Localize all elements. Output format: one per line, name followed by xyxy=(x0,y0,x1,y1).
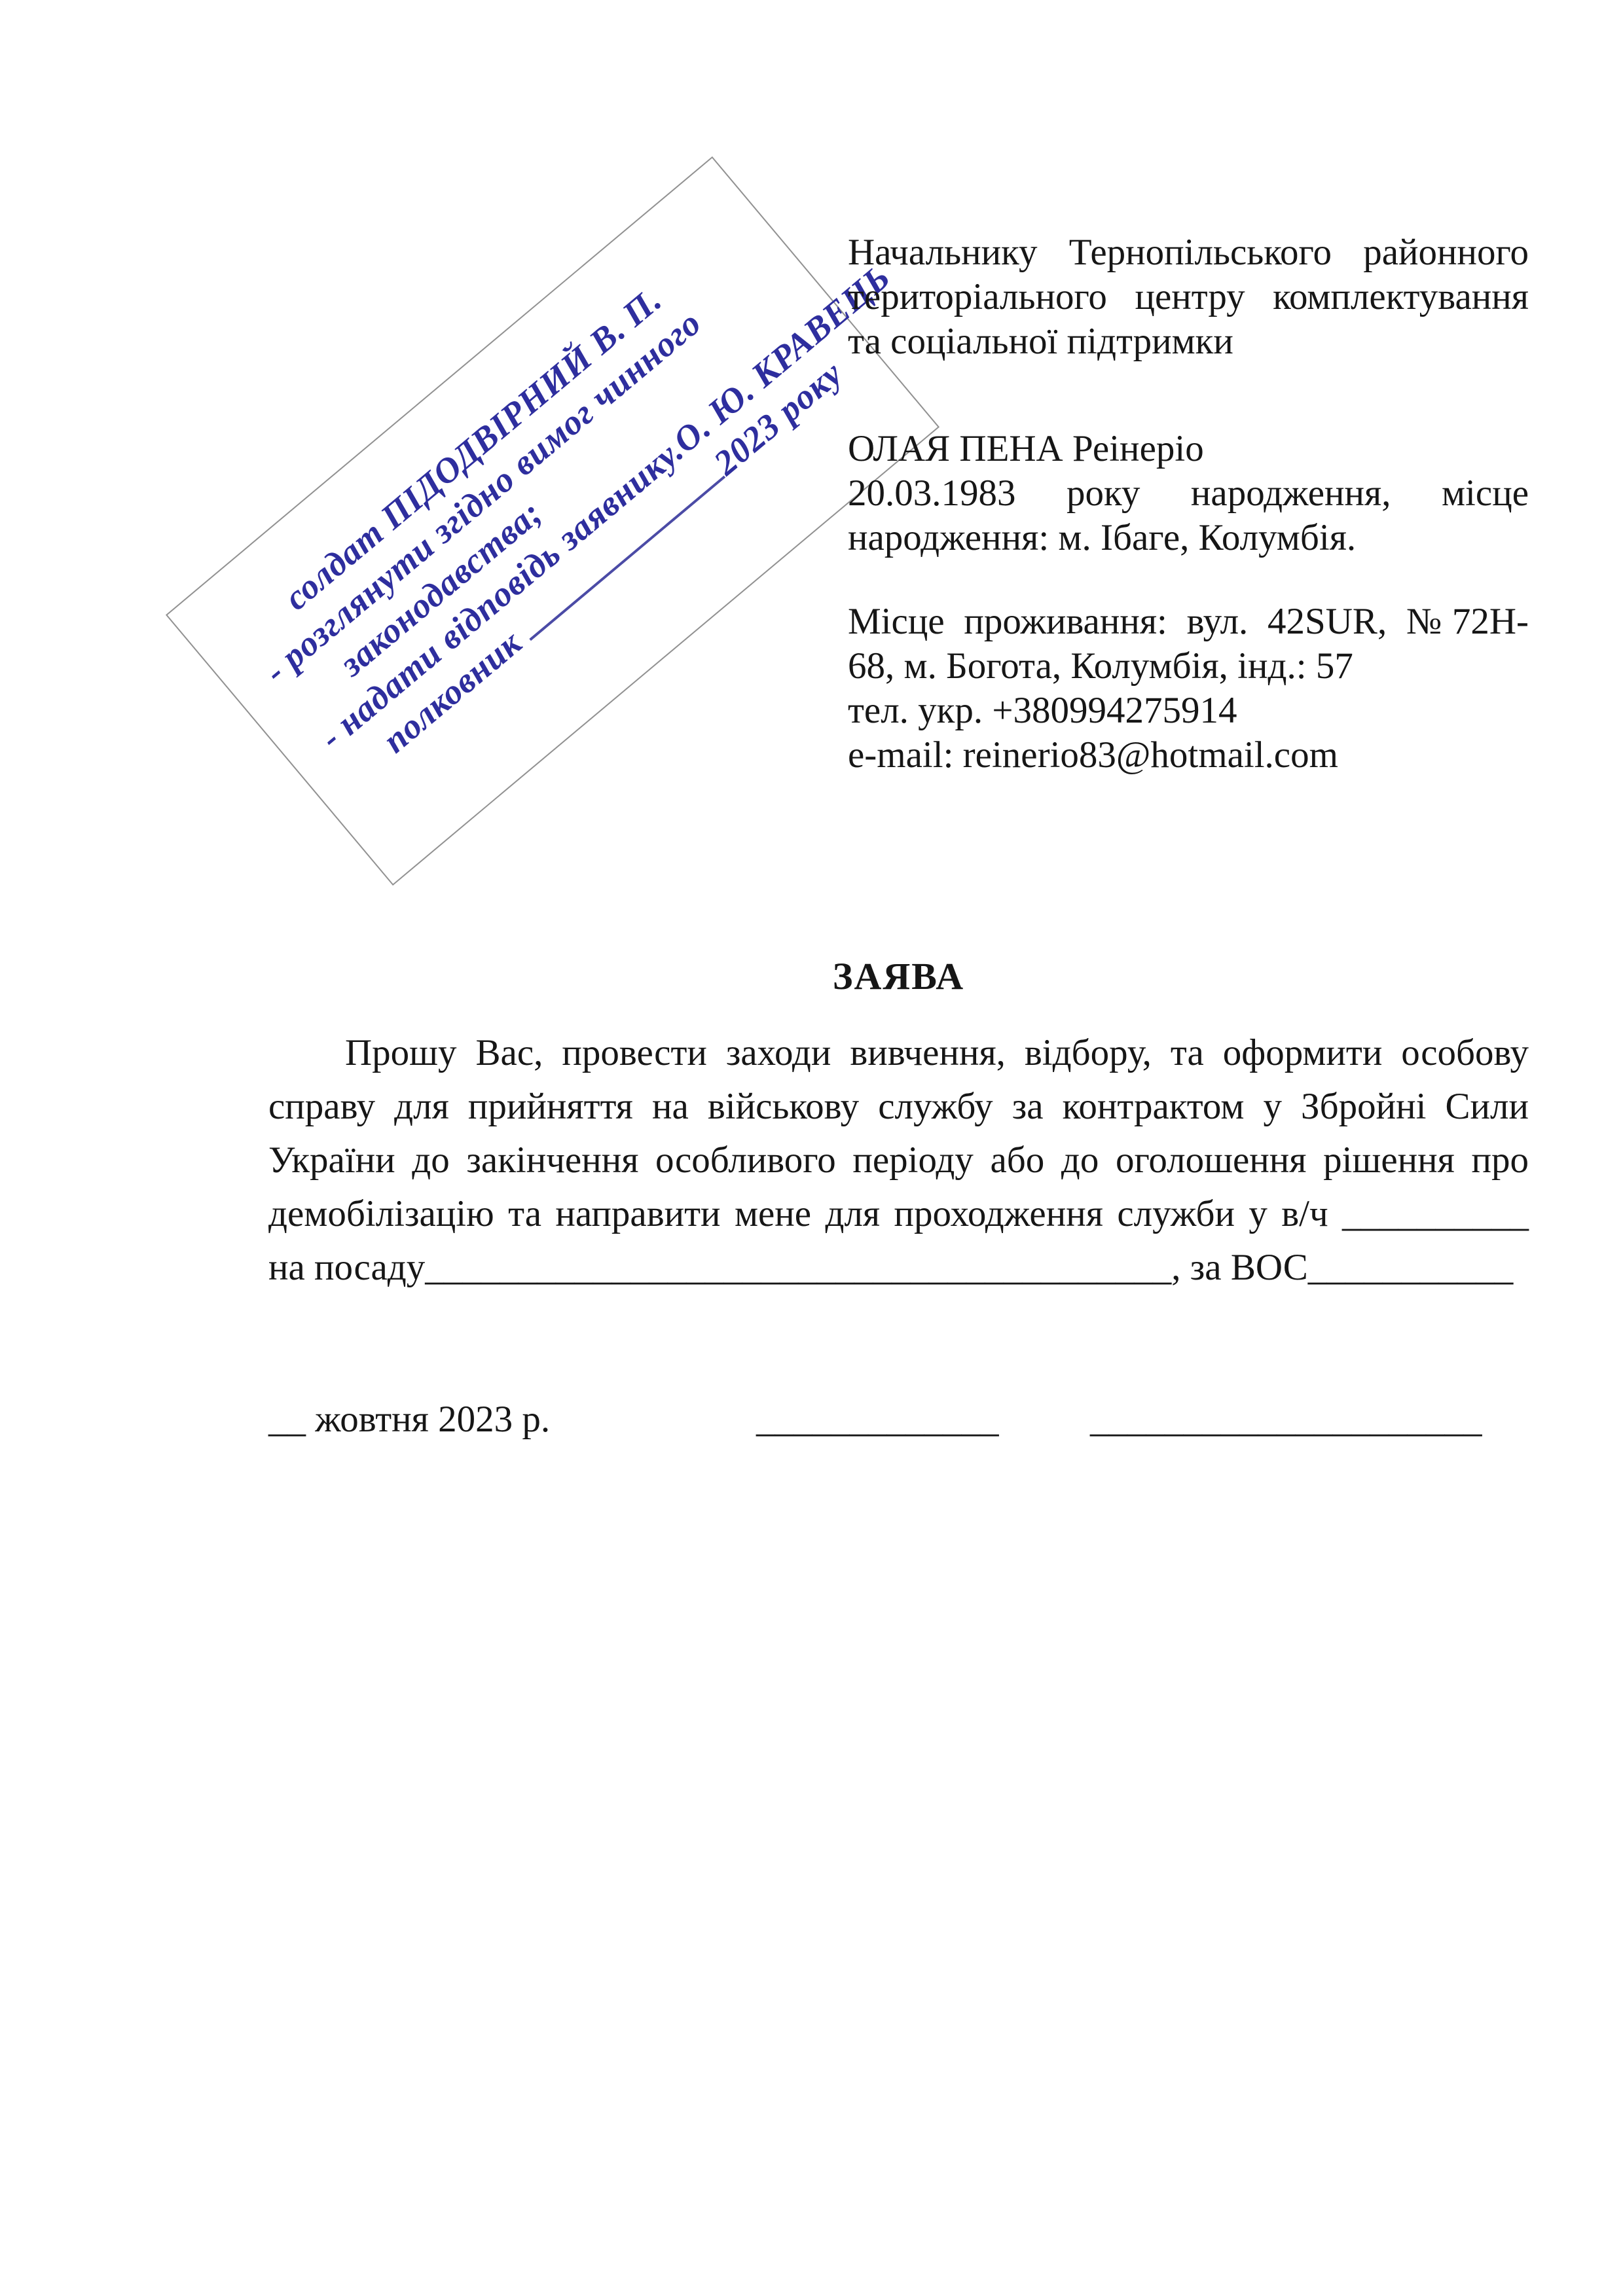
residence-block: Місце проживання: вул. 42SUR, №72Н- 68, … xyxy=(848,600,1529,778)
recipient-line: Начальнику Тернопільського районного xyxy=(848,230,1529,275)
body-line: справу для прийняття на військову службу… xyxy=(268,1080,1529,1134)
signature-blank: _____________ xyxy=(756,1398,999,1441)
recipient-line: та соціальної підтримки xyxy=(848,319,1529,364)
signature-blank: _____________________ xyxy=(1090,1398,1482,1441)
body-line: демобілізацію та направити мене для прох… xyxy=(268,1187,1529,1241)
recipient-line: територіального центру комплектування xyxy=(848,275,1529,319)
body-paragraph: Прошу Вас, провести заходи вивчення, від… xyxy=(268,1026,1529,1295)
residence-line: Місце проживання: вул. 42SUR, №72Н- xyxy=(848,600,1529,644)
scanned-application-page: солдат ПІДОДВІРНИЙ В. П. - розглянути зг… xyxy=(0,0,1623,2296)
applicant-block: ОЛАЯ ПЕНА Реінеріо 20.03.1983 року народ… xyxy=(848,427,1529,560)
footer-row: __ жовтня 2023 р. _____________ ________… xyxy=(268,1398,1529,1457)
residence-line: 68, м. Богота, Колумбія, інд.: 57 xyxy=(848,644,1529,689)
stamp-instruction-1b: законодавства; xyxy=(283,286,795,725)
applicant-birth-place: народження: м. Ібаге, Колумбія. xyxy=(848,516,1529,560)
email-line: e-mail: reinerio83@hotmail.com xyxy=(848,733,1529,778)
recipient-block: Начальнику Тернопільського районного тер… xyxy=(848,230,1529,364)
phone-line: тел. укр. +380994275914 xyxy=(848,689,1529,733)
body-line: на посаду_______________________________… xyxy=(268,1241,1529,1295)
applicant-birth-line: 20.03.1983 року народження, місце xyxy=(848,471,1529,516)
applicant-name: ОЛАЯ ПЕНА Реінеріо xyxy=(848,427,1529,471)
body-line: Прошу Вас, провести заходи вивчення, від… xyxy=(268,1026,1529,1080)
body-line: України до закінчення особливого періоду… xyxy=(268,1134,1529,1187)
document-title: ЗАЯВА xyxy=(268,954,1529,998)
date-line: __ жовтня 2023 р. xyxy=(268,1398,550,1441)
resolution-stamp: солдат ПІДОДВІРНИЙ В. П. - розглянути зг… xyxy=(166,156,939,886)
